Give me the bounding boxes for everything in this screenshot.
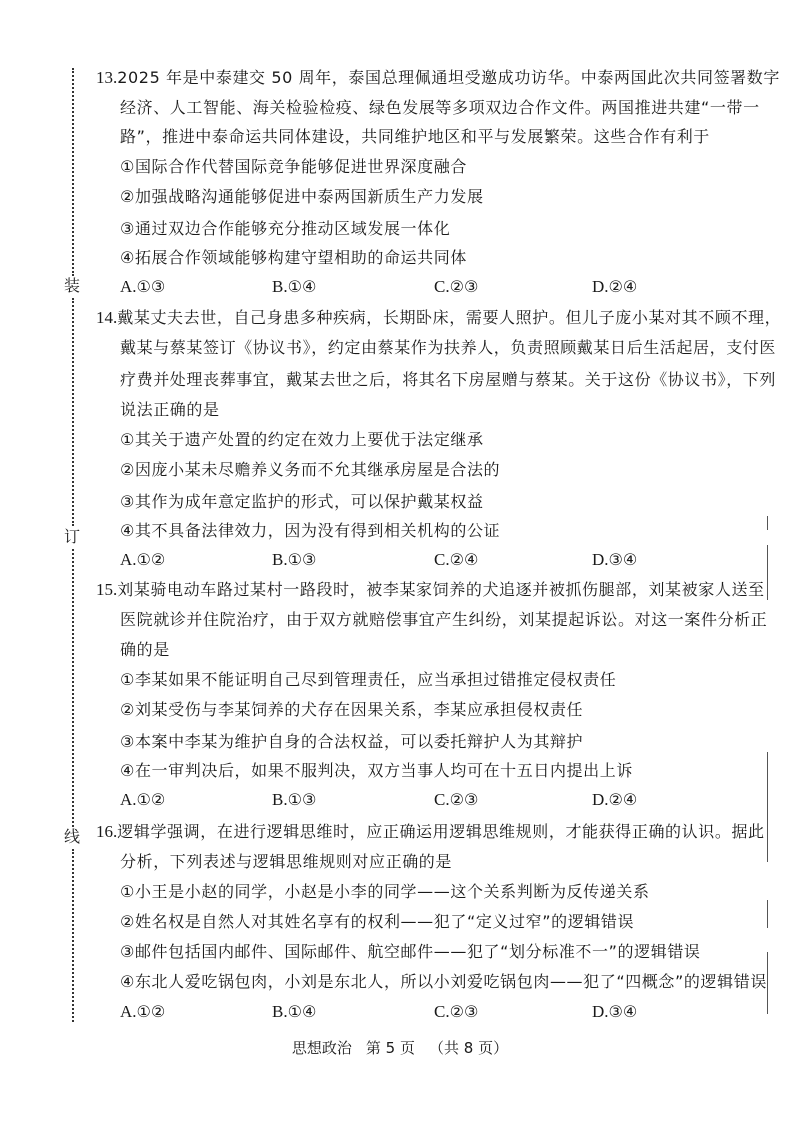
scan-artifact [767,952,768,1014]
question-stem-line: 16.逻辑学强调，在进行逻辑思维时，应正确运用逻辑思维规则，才能获得正确的认识。… [96,822,765,842]
statement-4: ④其不具备法律效力，因为没有得到相关机构的公证 [120,521,500,541]
scan-artifact [767,516,768,530]
statement-3: ③其作为成年意定监护的形式，可以保护戴某权益 [120,492,484,512]
question-number: 16. [96,822,117,841]
exam-page: 装 订 线 13.2025 年是中泰建交 50 周年，泰国总理佩通坦受邀成功访华… [0,0,800,1131]
option-c[interactable]: C.②③ [434,1002,478,1022]
statement-3: ③本案中李某为维护自身的合法权益，可以委托辩护人为其辩护 [120,732,583,752]
answer-options: A.①② B.①③ C.②③ D.②④ [120,790,740,810]
statement-2: ②因庞小某未尽赡养义务而不允其继承房屋是合法的 [120,460,500,480]
statement-2: ②姓名权是自然人对其姓名享有的权利——犯了“定义过窄”的逻辑错误 [120,912,634,932]
question-stem-line: 路”，推进中泰命运共同体建设，共同维护地区和平与发展繁荣。这些合作有利于 [120,127,710,147]
statement-1: ①其关于遗产处置的约定在效力上要优于法定继承 [120,430,484,450]
scan-artifact [767,900,768,928]
question-stem-line: 分析，下列表述与逻辑思维规则对应正确的是 [120,852,452,872]
statement-1: ①李某如果不能证明自己尽到管理责任，应当承担过错推定侵权责任 [120,670,616,690]
question-number: 15. [96,580,117,599]
statement-3: ③邮件包括国内邮件、国际邮件、航空邮件——犯了“划分标准不一”的逻辑错误 [120,942,701,962]
statement-2: ②加强战略沟通能够促进中泰两国新质生产力发展 [120,187,484,207]
question-stem-line: 医院就诊并住院治疗，由于双方就赔偿事宜产生纠纷，刘某提起诉讼。对这一案件分析正 [120,610,767,630]
question-stem-line: 说法正确的是 [120,400,220,420]
option-b[interactable]: B.①④ [272,1002,316,1022]
statement-1: ①国际合作代替国际竞争能够促进世界深度融合 [120,157,467,177]
question-stem-line: 15.刘某骑电动车路过某村一路段时，被李某家饲养的犬追逐并被抓伤腿部，刘某被家人… [96,580,765,600]
binding-dotted-line [72,68,74,276]
scan-artifact [767,752,768,862]
statement-2: ②刘某受伤与李某饲养的犬存在因果关系，李某应承担侵权责任 [120,700,583,720]
option-d[interactable]: D.③④ [592,550,637,570]
scan-artifact [767,545,768,600]
option-a[interactable]: A.①② [120,550,165,570]
binding-dotted-line [72,849,74,1022]
statement-3: ③通过双边合作能够充分推动区域发展一体化 [120,219,450,239]
option-c[interactable]: C.②④ [434,550,478,570]
option-c[interactable]: C.②③ [434,277,478,297]
question-number: 13. [96,68,117,87]
footer-page-number: 第 5 页 [366,1039,415,1057]
binding-label-zhuang: 装 [62,276,82,296]
statement-4: ④东北人爱吃锅包肉，小刘是东北人，所以小刘爱吃锅包肉——犯了“四概念”的逻辑错误 [120,972,767,992]
option-b[interactable]: B.①③ [272,550,316,570]
answer-options: A.①② B.①④ C.②③ D.③④ [120,1002,740,1022]
statement-4: ④在一审判决后，如果不服判决，双方当事人均可在十五日内提出上诉 [120,761,633,781]
footer-total-pages: （共 8 页） [429,1039,508,1057]
option-b[interactable]: B.①③ [272,790,316,810]
binding-label-xian: 线 [62,827,82,847]
option-a[interactable]: A.①② [120,1002,165,1022]
statement-1: ①小王是小赵的同学，小赵是小李的同学——这个关系判断为反传递关系 [120,882,650,902]
footer-subject: 思想政治 [292,1039,352,1057]
page-footer: 思想政治第 5 页（共 8 页） [0,1038,800,1058]
answer-options: A.①③ B.①④ C.②③ D.②④ [120,277,740,297]
option-d[interactable]: D.②④ [592,277,637,297]
option-a[interactable]: A.①③ [120,277,165,297]
question-stem-line: 确的是 [120,640,170,660]
binding-label-ding: 订 [62,527,82,547]
binding-dotted-line [72,549,74,827]
question-stem-line: 疗费并处理丧葬事宜，戴某去世之后，将其名下房屋赠与蔡某。关于这份《协议书》，下列 [120,370,776,390]
option-b[interactable]: B.①④ [272,277,316,297]
option-c[interactable]: C.②③ [434,790,478,810]
option-a[interactable]: A.①② [120,790,165,810]
question-stem-line: 经济、人工智能、海关检验检疫、绿色发展等多项双边合作文件。两国推进共建“一带一 [120,98,760,118]
statement-4: ④拓展合作领域能够构建守望相助的命运共同体 [120,248,467,268]
option-d[interactable]: D.②④ [592,790,637,810]
binding-dotted-line [72,298,74,526]
answer-options: A.①② B.①③ C.②④ D.③④ [120,550,740,570]
question-stem-line: 14.戴某丈夫去世，自己身患多种疾病，长期卧床，需要人照护。但儿子庞小某对其不顾… [96,308,781,328]
option-d[interactable]: D.③④ [592,1002,637,1022]
question-number: 14. [96,308,117,327]
question-stem-line: 戴某与蔡某签订《协议书》，约定由蔡某作为扶养人，负责照顾戴某日后生活起居，支付医 [120,338,776,358]
question-stem-line: 13.2025 年是中泰建交 50 周年，泰国总理佩通坦受邀成功访华。中泰两国此… [96,68,780,88]
